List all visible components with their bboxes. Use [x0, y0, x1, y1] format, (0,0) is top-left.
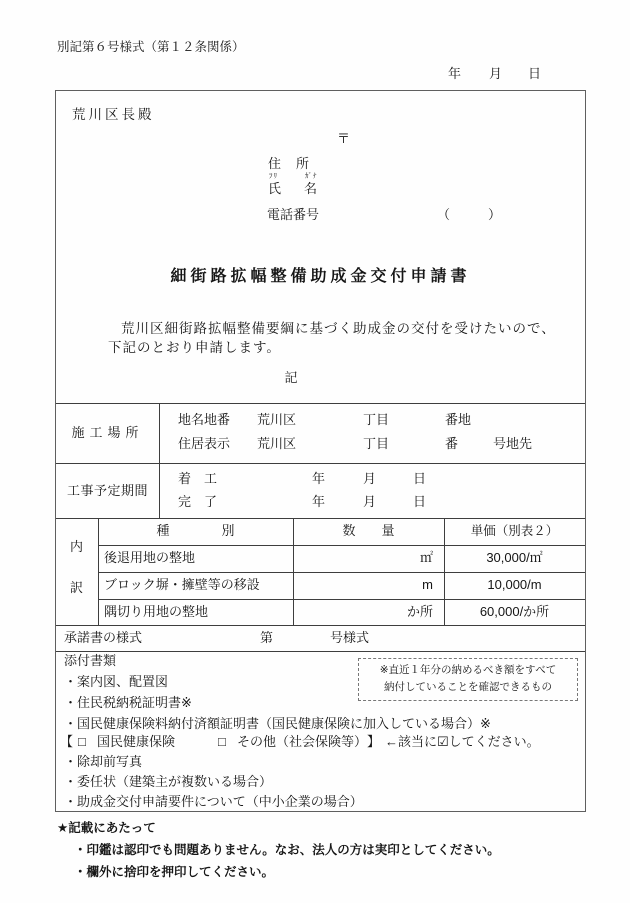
table-border-line: [56, 625, 585, 626]
breakdown-row-price: 10,000/m: [444, 578, 585, 593]
form-border-box: 荒川区長殿 〒 住 所 ﾌﾘ ｶﾞﾅ 氏 名 電話番号 （ ） 細街路拡幅整備助…: [55, 90, 586, 812]
table-border-line: [56, 463, 585, 464]
page-title: 細街路拡幅整備助成金交付申請書: [56, 268, 585, 286]
attachments-title: 添付書類: [64, 654, 116, 669]
attachment-item: ・国民健康保険料納付済額証明書（国民健康保険に加入している場合）※: [64, 717, 491, 732]
national-health-insurance-checkbox[interactable]: □: [78, 735, 86, 750]
phone-label: 電話番号: [267, 208, 319, 223]
consent-gou-label: 号様式: [330, 631, 369, 646]
breakdown-row-type: 後退用地の整地: [104, 551, 195, 566]
breakdown-row-type: 隅切り用地の整地: [104, 605, 208, 620]
ki-label: 記: [56, 371, 526, 386]
attachment-item: ・委任状（建築主が複数いる場合）: [64, 775, 272, 790]
phone-paren-close: ）: [488, 208, 501, 223]
breakdown-row-price: 60,000/か所: [444, 605, 585, 620]
period-row2-field1: 完 了: [178, 495, 217, 510]
bracket-close: 】: [367, 735, 380, 750]
date-month-label: 月: [489, 67, 502, 82]
bracket-open: 【: [60, 735, 73, 750]
breakdown-row-unit: か所: [293, 605, 433, 620]
site-label: 施工場所: [56, 426, 159, 441]
site-row1-field1: 地名地番: [178, 413, 230, 428]
breakdown-row-type: ブロック塀・擁壁等の移設: [104, 578, 260, 593]
site-row1-field4: 番地: [445, 413, 471, 428]
period-row1-day: 日: [413, 472, 426, 487]
site-row2-field1: 住居表示: [178, 437, 230, 452]
date-year-label: 年: [448, 67, 461, 82]
table-border-line: [98, 599, 585, 600]
tax-payment-note-line1: ※直近１年分の納めるべき額をすべて: [359, 662, 577, 679]
attachment-item: ・住民税納税証明書※: [64, 696, 192, 711]
breakdown-row-price: 30,000/㎡: [444, 551, 585, 566]
tax-payment-note-box: ※直近１年分の納めるべき額をすべて 納付していることを確認できるもの: [358, 658, 578, 701]
site-row2-field2: 荒川区: [257, 437, 296, 452]
attachment-item: ・除却前写真: [64, 755, 142, 770]
site-row2-field3: 丁目: [363, 437, 389, 452]
other-insurance-checkbox[interactable]: □: [218, 735, 226, 750]
table-border-line: [98, 572, 585, 573]
table-border-line: [159, 403, 160, 518]
site-row2-field4: 番: [445, 437, 458, 452]
period-row2-month: 月: [363, 495, 376, 510]
breakdown-header-quantity: 数 量: [293, 524, 444, 539]
breakdown-row-unit: m: [293, 578, 433, 593]
consent-dai-label: 第: [260, 631, 273, 646]
phone-paren-open: （: [437, 208, 450, 223]
table-border-line: [56, 403, 585, 404]
period-label: 工事予定期間: [56, 484, 159, 499]
footer-note: ・欄外に捨印を押印してください。: [74, 865, 274, 879]
site-row1-field3: 丁目: [363, 413, 389, 428]
site-row1-field2: 荒川区: [257, 413, 296, 428]
other-insurance-label: その他（社会保険等）: [237, 735, 367, 750]
breakdown-label-top: 内: [70, 540, 83, 555]
period-row1-field1: 着 工: [178, 472, 217, 487]
breakdown-row-unit: ㎡: [293, 551, 433, 566]
period-row1-year: 年: [312, 472, 325, 487]
period-row1-month: 月: [363, 472, 376, 487]
postal-mark: 〒: [337, 132, 350, 147]
name-label-left: 氏: [268, 182, 281, 197]
breakdown-header-type: 種 別: [98, 524, 293, 539]
period-row2-year: 年: [312, 495, 325, 510]
body-line-2: 下記のとおり申請します。: [108, 340, 281, 356]
body-line-1: 荒川区細街路拡幅整備要綱に基づく助成金の交付を受けたいので、: [121, 321, 556, 337]
footer-note: ・印鑑は認印でも問題ありません。なお、法人の方は実印としてください。: [74, 843, 500, 857]
tax-payment-note-line2: 納付していることを確認できるもの: [359, 679, 577, 696]
addressee-label: 荒川区長殿: [72, 107, 155, 123]
furigana-right: ｶﾞﾅ: [305, 173, 318, 181]
table-border-line: [56, 518, 585, 519]
address-label: 住 所: [268, 157, 310, 172]
name-label-right: 名: [304, 182, 317, 197]
period-row2-day: 日: [413, 495, 426, 510]
table-border-line: [98, 545, 585, 546]
consent-label: 承諾書の様式: [64, 631, 142, 646]
date-day-label: 日: [528, 67, 541, 82]
attachment-item: ・助成金交付申請要件について（中小企業の場合）: [64, 795, 363, 810]
table-border-line: [56, 651, 585, 652]
breakdown-header-unit-price: 単価（別表２）: [444, 524, 585, 538]
breakdown-label-bottom: 訳: [70, 581, 83, 596]
form-number: 別記第６号様式（第１２条関係）: [57, 40, 245, 54]
national-health-insurance-label: 国民健康保険: [97, 735, 175, 750]
footer-title: ★記載にあたって: [57, 821, 156, 835]
form-page: 別記第６号様式（第１２条関係） 年 月 日 荒川区長殿 〒 住 所 ﾌﾘ ｶﾞﾅ…: [0, 0, 630, 903]
checkbox-instruction: ←該当に☑してください。: [385, 735, 540, 750]
site-row2-field5: 号地先: [493, 437, 532, 452]
furigana-left: ﾌﾘ: [269, 173, 278, 181]
attachment-item: ・案内図、配置図: [64, 675, 168, 690]
